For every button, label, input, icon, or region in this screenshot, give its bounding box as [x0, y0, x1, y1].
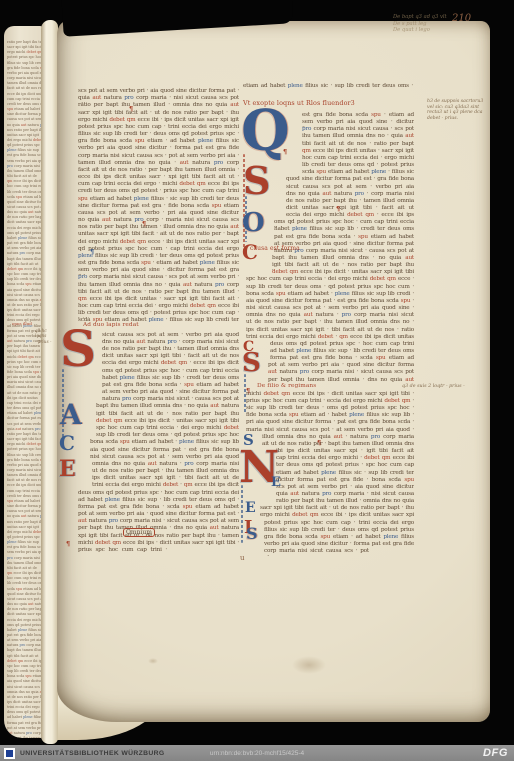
- initial-S-right-2: S: [242, 352, 261, 376]
- initial-S-right-1: S: [243, 164, 270, 199]
- initial-O-right: O: [242, 212, 265, 236]
- text-column-left-line: prius spc hoc cum cap trini · eccia: [78, 547, 167, 554]
- paragraph-mark: ¶: [66, 541, 70, 548]
- right-column-header-line: etiam ad habet plene filius sic · sup li…: [243, 83, 413, 90]
- stain: [292, 656, 326, 674]
- manuscript-content-layer: scs pot at sem verbo pri · aia quod sine…: [0, 0, 514, 761]
- margin-note-left-gutter: q3 hcloqns- prius -: [35, 328, 51, 344]
- paragraph-mark: ¶: [317, 440, 321, 447]
- paragraph-mark: ¶: [246, 388, 250, 395]
- boxed-word-omnium: Omnium: [123, 528, 155, 537]
- text-column-right-line: corp maria nisi sicut causa scs · pot at: [264, 548, 369, 555]
- paragraph-mark: ¶: [283, 149, 287, 156]
- paragraph-mark: ¶: [336, 206, 340, 213]
- initial-C-left: C: [59, 434, 75, 452]
- initial-S-right-4: S: [246, 527, 258, 542]
- top-right-inscription: De bapt q3 ad q3 vltDe s patt legDe quat…: [393, 14, 447, 34]
- manuscript-scan: ratio per bapt ihu tamen sacr xpi igit t…: [0, 0, 514, 761]
- initial-N-large-flourish: [241, 485, 243, 543]
- initial-E-left: E: [59, 459, 76, 479]
- initial-S-left-large: S: [60, 326, 96, 372]
- folio-number: 210: [452, 13, 471, 24]
- paragraph-mark: ¶: [90, 249, 94, 256]
- urn-identifier: urn:nbn:de:bvb:20-mchf15/425-4: [0, 750, 514, 757]
- initial-A-left: A: [60, 402, 82, 428]
- dfg-logo: DFG: [483, 747, 508, 759]
- paragraph-mark: ¶: [129, 106, 133, 113]
- pen-trial-mark: u: [240, 554, 245, 562]
- paragraph-mark: ¶: [142, 221, 146, 228]
- footer-bar: UNIVERSITÄTSBIBLIOTHEK WÜRZBURG urn:nbn:…: [0, 745, 514, 761]
- stain: [148, 658, 158, 664]
- initial-E-right-1: E: [271, 477, 281, 489]
- margin-note-right-mid: q3 de suis 2 loqtr - prius -: [402, 384, 465, 390]
- rubric-right-mid: De filio & regimans: [257, 383, 316, 389]
- margin-note-right-top: h3 de suppois sacrtoru3vel sic: cu3 q3da…: [427, 99, 483, 121]
- initial-E-right-2: E: [245, 502, 256, 515]
- initial-C-right-1: C: [242, 243, 258, 261]
- sliver-red-word: opus illud: [12, 321, 32, 326]
